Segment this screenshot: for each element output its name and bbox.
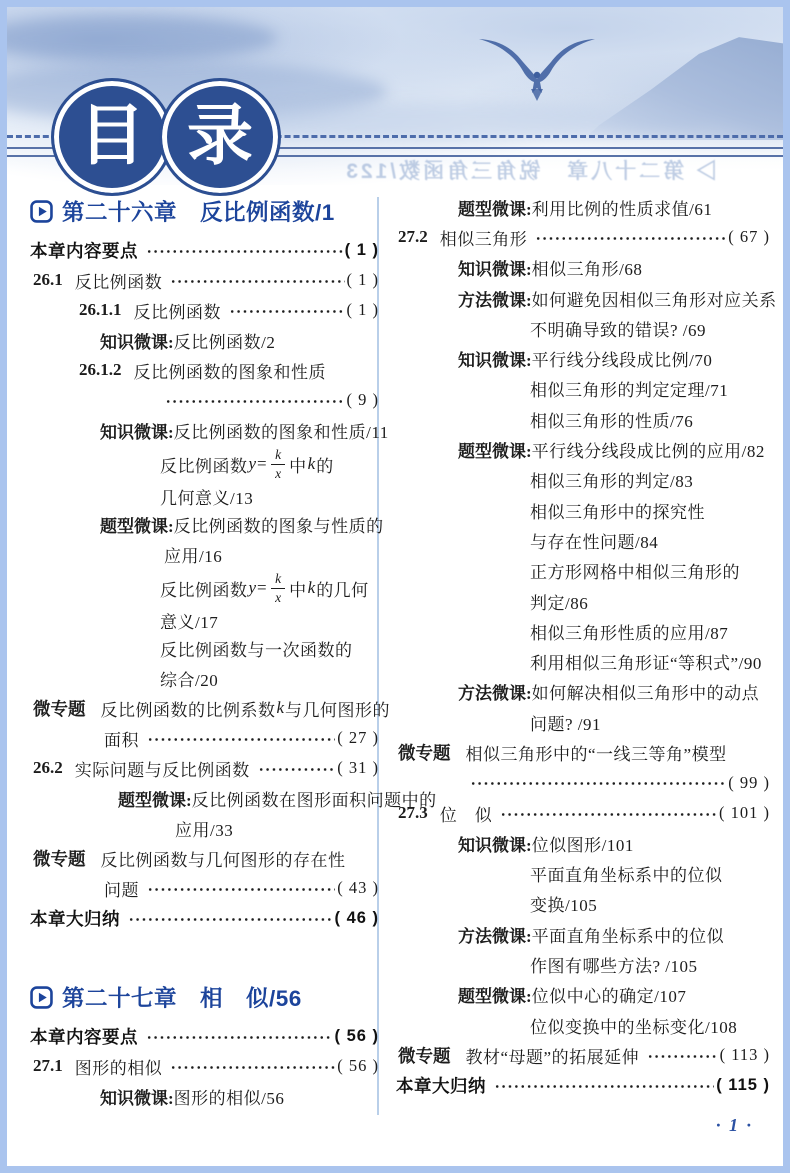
entry-text: 不明确导致的错误? /69 bbox=[530, 316, 706, 341]
entry-continuation: 问题( 43 ) bbox=[30, 873, 379, 903]
fraction-numerator: k bbox=[271, 448, 285, 465]
entry-text: 位似变换中的坐标变化/108 bbox=[530, 1013, 737, 1038]
entry-text: 平面直角坐标系中的位似 bbox=[532, 922, 725, 947]
chapter-title: 第二十七章 相 似/56 bbox=[62, 981, 302, 1013]
entry-label: 方法微课: bbox=[458, 922, 532, 947]
subsection-entry: 26.1.2反比例函数的图象和性质 bbox=[30, 355, 379, 385]
entry-text: 位 似 bbox=[440, 801, 493, 826]
entry-text: 的 bbox=[316, 452, 334, 477]
leader-dots bbox=[147, 885, 335, 894]
entry-continuation: 正方形网格中相似三角形的 bbox=[396, 556, 770, 586]
math-var: k bbox=[307, 454, 317, 474]
entry-continuation: 反比例函数与一次函数的 bbox=[30, 633, 379, 663]
entry-text: 利用相似三角形证“等积式”/90 bbox=[530, 649, 762, 674]
entry-label: 知识微课: bbox=[100, 418, 174, 443]
entry-continuation: 应用/33 bbox=[30, 813, 379, 843]
entry-continuation: 面积( 27 ) bbox=[30, 723, 379, 753]
entry-text: 问题 bbox=[104, 876, 139, 901]
math-var: y bbox=[248, 454, 258, 474]
entry-text: 相似三角形性质的应用/87 bbox=[530, 619, 728, 644]
microlecture-entry: 知识微课:位似图形/101 bbox=[396, 828, 770, 858]
entry-label: 知识微课: bbox=[100, 328, 174, 353]
microtopic-entry: 微专题反比例函数与几何图形的存在性 bbox=[30, 843, 379, 873]
microlecture-entry: 题型微课:平行线分线段成比例的应用/82 bbox=[396, 434, 770, 464]
entry-continuation: 几何意义/13 bbox=[30, 483, 379, 509]
entry-continuation: 不明确导致的错误? /69 bbox=[396, 313, 770, 343]
entry-text: 位似中心的确定/107 bbox=[532, 982, 687, 1007]
toc-logo-circle-1: 目 bbox=[51, 78, 173, 196]
entry-text: 判定/86 bbox=[530, 589, 588, 614]
entry-text: 图形的相似 bbox=[75, 1054, 163, 1079]
page-leader: ( 9 ) bbox=[30, 385, 379, 415]
microlecture-entry: 方法微课:如何避免因相似三角形对应关系 bbox=[396, 283, 770, 313]
page-ref: ( 43 ) bbox=[337, 878, 379, 898]
entry-label: 知识微课: bbox=[458, 255, 532, 280]
leader-dots bbox=[229, 307, 345, 316]
page-ref: ( 67 ) bbox=[728, 227, 770, 247]
page-ref: ( 46 ) bbox=[334, 909, 379, 928]
entry-text: 中 bbox=[289, 576, 307, 601]
fraction-numerator: k bbox=[271, 572, 285, 589]
chapter-heading: 第二十六章 反比例函数/1 bbox=[30, 191, 379, 231]
entry-text: 反比例函数的图象与性质的 bbox=[174, 512, 384, 537]
page-ref: ( 1 ) bbox=[347, 270, 380, 290]
entry-text: 相似三角形的性质/76 bbox=[530, 407, 693, 432]
page-ref: ( 27 ) bbox=[337, 728, 379, 748]
entry-text: 反比例函数 bbox=[160, 452, 248, 477]
section-entry: 27.1图形的相似( 56 ) bbox=[30, 1051, 379, 1081]
toc-logo-char-2: 录 bbox=[187, 104, 253, 170]
entry-label: 方法微课: bbox=[458, 679, 532, 704]
microlecture-entry: 知识微课:图形的相似/56 bbox=[30, 1081, 379, 1111]
entry-label: 题型微课: bbox=[458, 982, 532, 1007]
entry-continuation: 相似三角形的性质/76 bbox=[396, 404, 770, 434]
page-number: · 1 · bbox=[716, 1115, 753, 1136]
page-ref: ( 31 ) bbox=[337, 758, 379, 778]
entry-continuation: 问题? /91 bbox=[396, 707, 770, 737]
leader-dots bbox=[170, 1063, 335, 1072]
chapter-play-icon bbox=[30, 986, 53, 1009]
entry-text: 平行线分线段成比例的应用/82 bbox=[532, 437, 765, 462]
page-ref: ( 99 ) bbox=[728, 773, 770, 793]
entry-text: 应用/16 bbox=[164, 542, 222, 567]
microlecture-entry: 知识微课:反比例函数的图象和性质/11 bbox=[30, 415, 379, 445]
entry-continuation: 意义/17 bbox=[30, 607, 379, 633]
entry-text: 反比例函数的比例系数 bbox=[101, 696, 276, 721]
entry-text: 相似三角形的判定定理/71 bbox=[530, 376, 728, 401]
entry-text: 相似三角形 bbox=[440, 225, 528, 250]
entry-continuation: 反比例函数 y = kx 中 k 的 bbox=[30, 445, 379, 483]
entry-label: 知识微课: bbox=[458, 831, 532, 856]
entry-text: 中 bbox=[289, 452, 307, 477]
page-ref: ( 1 ) bbox=[345, 241, 379, 260]
entry-number: 26.1.2 bbox=[79, 360, 122, 380]
toc-logo-char-1: 目 bbox=[79, 104, 145, 170]
section-entry: 26.2实际问题与反比例函数( 31 ) bbox=[30, 753, 379, 783]
entry-text: 几何意义/13 bbox=[160, 484, 253, 509]
entry-text: 利用比例的性质求值/61 bbox=[532, 195, 713, 220]
entry-text: 反比例函数的图象和性质/11 bbox=[174, 418, 389, 443]
entry-label: 题型微课: bbox=[100, 512, 174, 537]
leader-dots bbox=[165, 397, 345, 406]
entry-number: 27.3 bbox=[398, 803, 428, 823]
microlecture-entry: 题型微课:位似中心的确定/107 bbox=[396, 980, 770, 1010]
entry-text: 反比例函数的图象和性质 bbox=[134, 358, 327, 383]
microlecture-entry: 知识微课:反比例函数/2 bbox=[30, 325, 379, 355]
page-body: ▷ 第二十八章 锐角三角函数/123 目 录 第二十六章 反比例函数/1本章内容… bbox=[7, 7, 783, 1166]
chapter-meta-entry: 本章大归纳( 46 ) bbox=[30, 903, 379, 933]
entry-text: 相似三角形中的“一线三等角”模型 bbox=[466, 740, 727, 765]
fraction-denominator: x bbox=[275, 465, 281, 481]
page-ref: ( 101 ) bbox=[719, 803, 770, 823]
chapter-meta-entry: 本章内容要点( 1 ) bbox=[30, 235, 379, 265]
leader-dots bbox=[258, 765, 336, 774]
math-var: k bbox=[307, 578, 317, 598]
entry-label: 知识微课: bbox=[100, 1084, 174, 1109]
toc-logo: 目 录 bbox=[51, 78, 281, 196]
microtopic-entry: 微专题相似三角形中的“一线三等角”模型 bbox=[396, 737, 770, 767]
entry-text: 正方形网格中相似三角形的 bbox=[530, 558, 740, 583]
entry-continuation: 作图有哪些方法? /105 bbox=[396, 949, 770, 979]
page-ref: ( 56 ) bbox=[334, 1027, 379, 1046]
leader-dots bbox=[170, 277, 344, 286]
entry-label: 知识微课: bbox=[458, 346, 532, 371]
entry-text: 反比例函数 bbox=[75, 268, 163, 293]
entry-text: 本章内容要点 bbox=[30, 1024, 138, 1049]
entry-number: 27.2 bbox=[398, 227, 428, 247]
entry-text: 综合/20 bbox=[160, 666, 218, 691]
scanned-toc-page: ▷ 第二十八章 锐角三角函数/123 目 录 第二十六章 反比例函数/1本章内容… bbox=[0, 0, 790, 1173]
entry-text: 应用/33 bbox=[175, 816, 233, 841]
entry-text: 问题? /91 bbox=[530, 710, 601, 735]
microlecture-entry: 知识微课:平行线分线段成比例/70 bbox=[396, 343, 770, 373]
entry-text: 相似三角形/68 bbox=[532, 255, 643, 280]
leader-dots bbox=[128, 915, 332, 924]
entry-number: 26.1.1 bbox=[79, 300, 122, 320]
fraction: kx bbox=[271, 572, 285, 604]
section-entry: 27.3位 似( 101 ) bbox=[396, 798, 770, 828]
entry-continuation: 相似三角形中的探究性 bbox=[396, 495, 770, 525]
fraction: kx bbox=[271, 448, 285, 480]
leader-dots bbox=[146, 1033, 332, 1042]
microtopic-entry: 微专题教材“母题”的拓展延伸( 113 ) bbox=[396, 1040, 770, 1070]
entry-number: 27.1 bbox=[33, 1056, 63, 1076]
entry-text: 图形的相似/56 bbox=[174, 1084, 285, 1109]
leader-dots bbox=[500, 810, 717, 819]
entry-label: 题型微课: bbox=[458, 437, 532, 462]
entry-text: 相似三角形中的探究性 bbox=[530, 498, 705, 523]
entry-continuation: 判定/86 bbox=[396, 586, 770, 616]
entry-text: 作图有哪些方法? /105 bbox=[530, 952, 698, 977]
chapter-play-icon bbox=[30, 200, 53, 223]
leader-dots bbox=[494, 1082, 714, 1091]
entry-label: 微专题 bbox=[398, 740, 451, 765]
chapter-heading: 第二十七章 相 似/56 bbox=[30, 977, 379, 1017]
entry-text: 本章内容要点 bbox=[30, 238, 138, 263]
entry-text: = bbox=[257, 578, 267, 598]
entry-continuation: 反比例函数 y = kx 中 k 的几何 bbox=[30, 569, 379, 607]
entry-text: 意义/17 bbox=[160, 608, 218, 633]
entry-text: 反比例函数 bbox=[160, 576, 248, 601]
leader-dots bbox=[470, 779, 726, 788]
toc-column-right: 题型微课:利用比例的性质求值/6127.2相似三角形( 67 )知识微课:相似三… bbox=[396, 192, 770, 1101]
entry-continuation: 变换/105 bbox=[396, 889, 770, 919]
entry-text: = bbox=[257, 454, 267, 474]
leader-dots bbox=[146, 247, 343, 256]
entry-label: 微专题 bbox=[33, 846, 86, 871]
section-entry: 27.2相似三角形( 67 ) bbox=[396, 222, 770, 252]
flying-bird-icon bbox=[473, 31, 601, 107]
subsection-entry: 26.1.1反比例函数( 1 ) bbox=[30, 295, 379, 325]
leader-dots bbox=[147, 735, 335, 744]
mist-wash bbox=[7, 15, 277, 61]
entry-continuation: 相似三角形的判定/83 bbox=[396, 465, 770, 495]
entry-label: 题型微课: bbox=[458, 195, 532, 220]
toc-logo-circle-2: 录 bbox=[159, 78, 281, 196]
mountain-illustration bbox=[583, 35, 783, 140]
entry-continuation: 利用相似三角形证“等积式”/90 bbox=[396, 646, 770, 676]
entry-label: 题型微课: bbox=[118, 786, 192, 811]
entry-text: 实际问题与反比例函数 bbox=[75, 756, 250, 781]
chapter-meta-entry: 本章大归纳( 115 ) bbox=[396, 1071, 770, 1101]
entry-continuation: 相似三角形的判定定理/71 bbox=[396, 374, 770, 404]
fraction-denominator: x bbox=[275, 589, 281, 605]
math-var: y bbox=[248, 578, 258, 598]
entry-continuation: 位似变换中的坐标变化/108 bbox=[396, 1010, 770, 1040]
entry-text: 变换/105 bbox=[530, 891, 597, 916]
microlecture-entry: 题型微课:利用比例的性质求值/61 bbox=[396, 192, 770, 222]
microlecture-entry: 题型微课:反比例函数在图形面积问题中的 bbox=[30, 783, 379, 813]
entry-text: 的几何 bbox=[316, 576, 369, 601]
entry-continuation: 与存在性问题/84 bbox=[396, 525, 770, 555]
entry-text: 相似三角形的判定/83 bbox=[530, 467, 693, 492]
entry-text: 与存在性问题/84 bbox=[530, 528, 658, 553]
entry-continuation: 应用/16 bbox=[30, 539, 379, 569]
entry-label: 微专题 bbox=[398, 1043, 451, 1068]
microtopic-entry: 微专题反比例函数的比例系数 k 与几何图形的 bbox=[30, 693, 379, 723]
entry-text: 反比例函数与几何图形的存在性 bbox=[101, 846, 346, 871]
entry-number: 26.2 bbox=[33, 758, 63, 778]
entry-text: 面积 bbox=[104, 726, 139, 751]
entry-text: 教材“母题”的拓展延伸 bbox=[466, 1043, 640, 1068]
page-ref: ( 56 ) bbox=[337, 1056, 379, 1076]
microlecture-entry: 题型微课:反比例函数的图象与性质的 bbox=[30, 509, 379, 539]
leader-dots bbox=[535, 234, 726, 243]
entry-text: 如何避免因相似三角形对应关系 bbox=[532, 286, 777, 311]
entry-text: 平行线分线段成比例/70 bbox=[532, 346, 713, 371]
entry-label: 方法微课: bbox=[458, 286, 532, 311]
entry-continuation: 综合/20 bbox=[30, 663, 379, 693]
entry-number: 26.1 bbox=[33, 270, 63, 290]
math-var: k bbox=[276, 698, 286, 718]
page-ref: ( 9 ) bbox=[347, 390, 380, 410]
entry-text: 与几何图形的 bbox=[285, 696, 390, 721]
microlecture-entry: 知识微课:相似三角形/68 bbox=[396, 253, 770, 283]
microlecture-entry: 方法微课:平面直角坐标系中的位似 bbox=[396, 919, 770, 949]
page-ref: ( 115 ) bbox=[716, 1076, 770, 1095]
microlecture-entry: 方法微课:如何解决相似三角形中的动点 bbox=[396, 677, 770, 707]
page-ref: ( 113 ) bbox=[720, 1045, 770, 1065]
entry-text: 位似图形/101 bbox=[532, 831, 634, 856]
entry-text: 反比例函数与一次函数的 bbox=[160, 636, 353, 661]
entry-text: 本章大归纳 bbox=[396, 1073, 486, 1098]
chapter-title: 第二十六章 反比例函数/1 bbox=[62, 195, 335, 227]
chapter-meta-entry: 本章内容要点( 56 ) bbox=[30, 1021, 379, 1051]
entry-text: 反比例函数/2 bbox=[174, 328, 276, 353]
entry-text: 本章大归纳 bbox=[30, 906, 120, 931]
leader-dots bbox=[647, 1052, 718, 1061]
section-entry: 26.1反比例函数( 1 ) bbox=[30, 265, 379, 295]
entry-continuation: 平面直角坐标系中的位似 bbox=[396, 859, 770, 889]
toc-column-left: 第二十六章 反比例函数/1本章内容要点( 1 )26.1反比例函数( 1 )26… bbox=[30, 191, 379, 1111]
entry-continuation: 相似三角形性质的应用/87 bbox=[396, 616, 770, 646]
entry-text: 平面直角坐标系中的位似 bbox=[530, 861, 723, 886]
page-ref: ( 1 ) bbox=[347, 300, 380, 320]
page-leader: ( 99 ) bbox=[396, 768, 770, 798]
entry-text: 反比例函数 bbox=[134, 298, 222, 323]
entry-label: 微专题 bbox=[33, 696, 86, 721]
entry-text: 如何解决相似三角形中的动点 bbox=[532, 679, 760, 704]
